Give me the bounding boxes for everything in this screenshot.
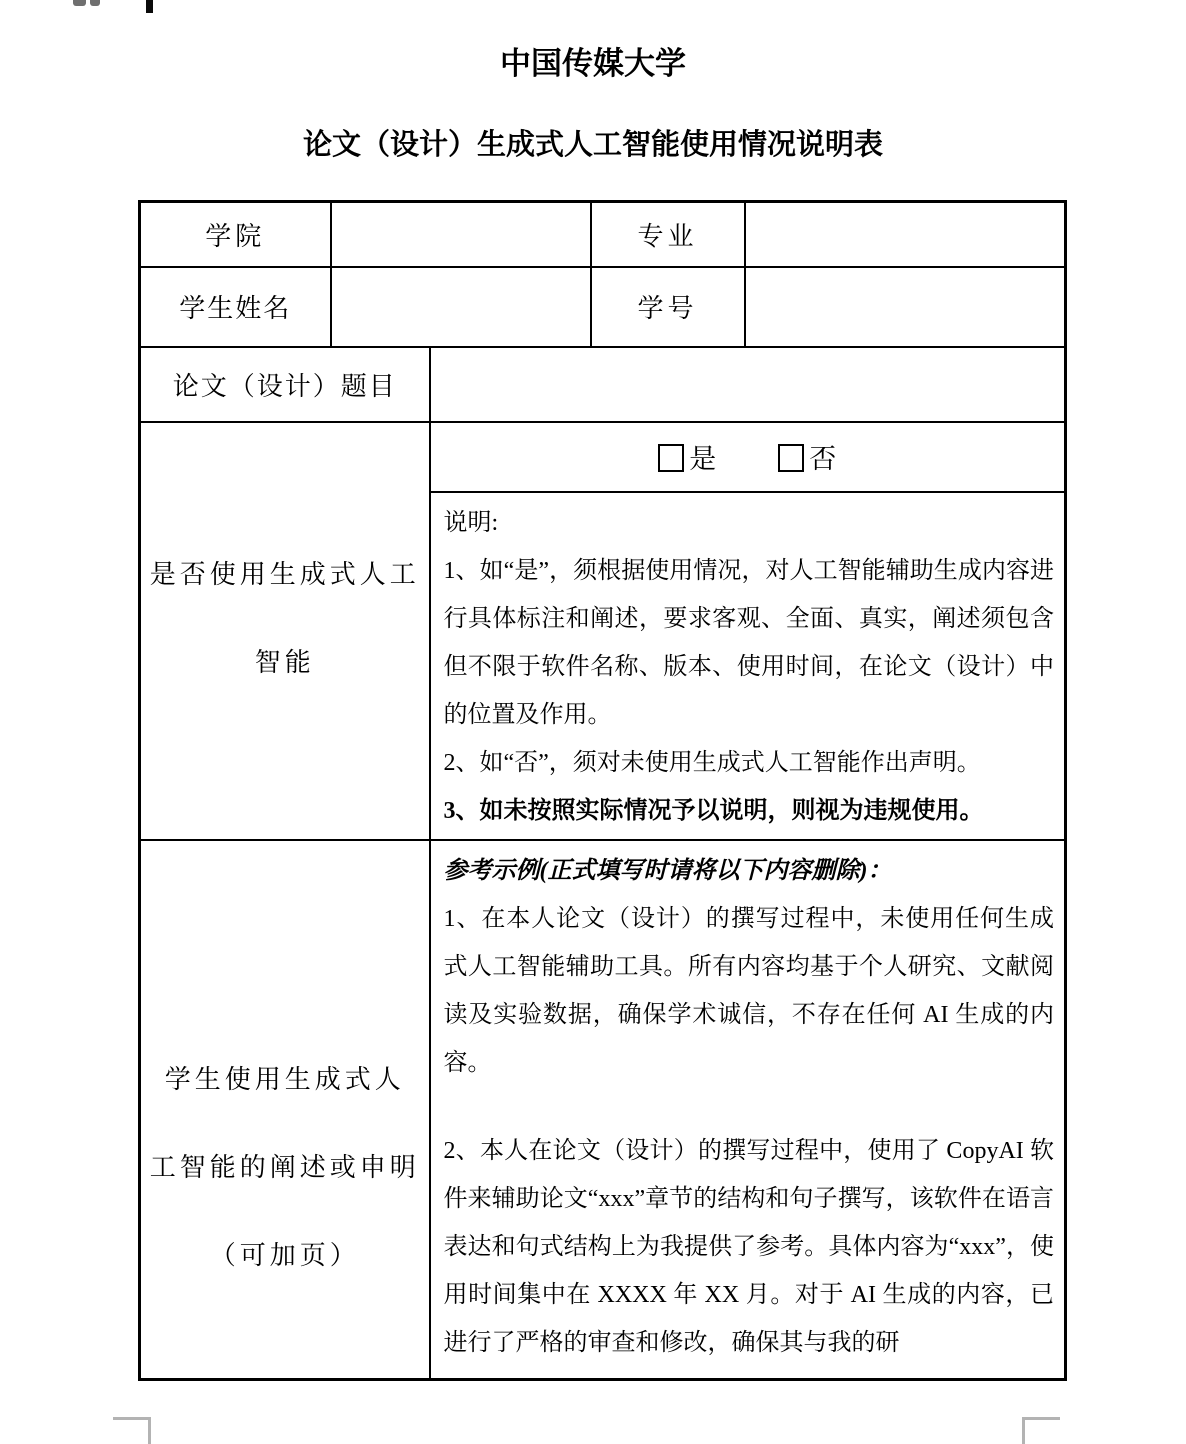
ai-usage-notes-cell: 说明: 1、如“是”，须根据使用情况，对人工智能辅助生成内容进行具体标注和阐述，…	[430, 492, 1066, 840]
table-row: 学院 专业	[140, 202, 1066, 267]
checkbox-no-box[interactable]	[778, 444, 804, 472]
thesis-title-input-cell[interactable]	[430, 347, 1066, 422]
document-subtitle: 论文（设计）生成式人工智能使用情况说明表	[0, 122, 1186, 163]
checkbox-yes[interactable]: 是	[658, 437, 716, 476]
next-page-margin-marker-right	[1022, 1417, 1025, 1444]
ai-usage-row-label: 是否使用生成式人工 智能	[140, 422, 430, 840]
checkbox-yes-label: 是	[689, 444, 716, 474]
page-top-artifact-dot	[90, 0, 100, 6]
statement-example-cell[interactable]: 参考示例(正式填写时请将以下内容删除)： 1、在本人论文（设计）的撰写过程中，未…	[430, 840, 1066, 1380]
table-row: 论文（设计）题目	[140, 347, 1066, 422]
next-page-margin-marker-right	[1022, 1417, 1060, 1420]
table-row: 是否使用生成式人工 智能 是 否	[140, 422, 1066, 492]
next-page-margin-marker-left	[148, 1417, 151, 1444]
checkbox-no[interactable]: 否	[778, 437, 836, 476]
student-id-input-cell[interactable]	[745, 267, 1066, 347]
statement-row-label: 学生使用生成式人 工智能的阐述或申明 （可加页）	[140, 840, 430, 1380]
next-page-margin-marker-left	[113, 1417, 151, 1420]
college-label: 学院	[140, 202, 331, 267]
notes-header: 说明:	[444, 499, 1055, 547]
student-id-label: 学号	[591, 267, 745, 347]
checkbox-yes-box[interactable]	[658, 444, 684, 472]
page-top-cursor-artifact	[146, 0, 153, 13]
page-top-artifact-dot	[73, 0, 86, 6]
note-item-3: 3、如未按照实际情况予以说明，则视为违规使用。	[444, 787, 1055, 835]
major-label: 专业	[591, 202, 745, 267]
college-input-cell[interactable]	[331, 202, 591, 267]
student-name-label: 学生姓名	[140, 267, 331, 347]
thesis-title-label: 论文（设计）题目	[140, 347, 430, 422]
ai-usage-declaration-table: 学院 专业 学生姓名 学号 论文（设计）题目 是否使用生成式人工 智能 是 否 …	[138, 200, 1067, 1381]
note-item-2: 2、如“否”，须对未使用生成式人工智能作出声明。	[444, 739, 1055, 787]
example-paragraph-2: 2、本人在论文（设计）的撰写过程中，使用了 CopyAI 软件来辅助论文“xxx…	[444, 1127, 1055, 1367]
table-row: 学生姓名 学号	[140, 267, 1066, 347]
table-row: 学生使用生成式人 工智能的阐述或申明 （可加页） 参考示例(正式填写时请将以下内…	[140, 840, 1066, 1380]
checkbox-no-label: 否	[809, 444, 836, 474]
student-name-input-cell[interactable]	[331, 267, 591, 347]
document-title: 中国传媒大学	[0, 38, 1186, 83]
major-input-cell[interactable]	[745, 202, 1066, 267]
example-header: 参考示例(正式填写时请将以下内容删除)：	[444, 847, 1055, 895]
note-item-1: 1、如“是”，须根据使用情况，对人工智能辅助生成内容进行具体标注和阐述，要求客观…	[444, 547, 1055, 739]
example-paragraph-1: 1、在本人论文（设计）的撰写过程中，未使用任何生成式人工智能辅助工具。所有内容均…	[444, 895, 1055, 1087]
ai-usage-checkbox-cell: 是 否	[430, 422, 1066, 492]
